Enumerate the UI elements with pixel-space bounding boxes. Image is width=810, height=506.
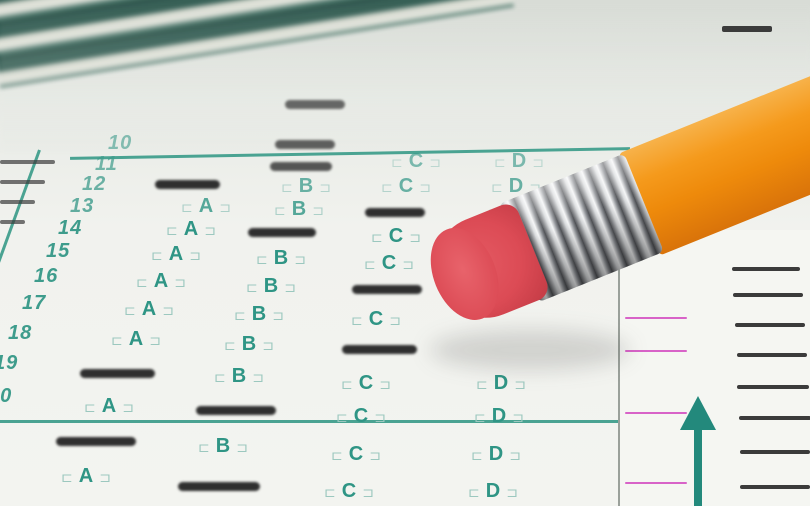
bubble-b: ⊏B⊐	[268, 198, 330, 221]
timing-mark	[737, 385, 809, 389]
bubble-a: ⊏A⊐	[175, 195, 237, 218]
timing-mark	[740, 450, 810, 454]
bubble-a: ⊏A⊐	[130, 270, 192, 293]
timing-mark	[737, 353, 807, 357]
timing-mark	[732, 267, 800, 271]
question-number: 20	[0, 385, 12, 408]
bubble-a: ⊏A⊐	[78, 395, 140, 418]
question-number: 15	[46, 240, 70, 263]
question-number: 17	[22, 292, 46, 315]
timing-mark	[0, 160, 55, 164]
bubble-d: ⊏D⊐	[488, 150, 550, 173]
timing-mark	[0, 200, 35, 204]
pink-guide-line	[625, 412, 687, 414]
bubble-c: ⊏C⊐	[385, 150, 447, 173]
pencil-mark	[342, 345, 417, 354]
bubble-b: ⊏B⊐	[208, 365, 270, 388]
pencil-mark	[248, 228, 316, 237]
bubble-d: ⊏D⊐	[468, 405, 530, 428]
bubble-c: ⊏C⊐	[330, 405, 392, 428]
pencil-mark	[155, 180, 220, 189]
timing-mark	[733, 293, 803, 297]
pencil-mark	[80, 369, 155, 378]
bubble-b: ⊏B⊐	[275, 175, 337, 198]
bubble-b: ⊏B⊐	[218, 333, 280, 356]
question-number: 14	[58, 217, 82, 240]
pencil-mark	[285, 100, 345, 109]
timing-strip	[618, 230, 810, 506]
pencil-mark	[270, 162, 332, 171]
bubble-b: ⊏B⊐	[192, 435, 254, 458]
bubble-c: ⊏C⊐	[325, 443, 387, 466]
bubble-d: ⊏D⊐	[462, 480, 524, 503]
pink-guide-line	[625, 350, 687, 352]
bubble-a: ⊏A⊐	[105, 328, 167, 351]
bubble-b: ⊏B⊐	[228, 303, 290, 326]
pencil-mark	[196, 406, 276, 415]
question-number: 13	[70, 195, 94, 218]
timing-mark	[740, 485, 810, 489]
question-number: 12	[82, 173, 106, 196]
bubble-c: ⊏C⊐	[345, 308, 407, 331]
pink-guide-line	[625, 482, 687, 484]
arrow-shaft	[694, 424, 702, 506]
pencil-mark	[275, 140, 335, 149]
photo-scene: 10 11 12 13 14 15 16 17 18 19 20 ⊏A⊐ ⊏A⊐…	[0, 0, 810, 506]
question-number: 19	[0, 352, 18, 375]
timing-mark	[0, 220, 25, 224]
timing-mark	[722, 26, 772, 32]
bubble-a: ⊏A⊐	[160, 218, 222, 241]
timing-mark	[735, 323, 805, 327]
pencil-mark	[352, 285, 422, 294]
bubble-b: ⊏B⊐	[240, 275, 302, 298]
bubble-b: ⊏B⊐	[250, 247, 312, 270]
question-number: 18	[8, 322, 32, 345]
bubble-a: ⊏A⊐	[145, 243, 207, 266]
timing-mark	[0, 180, 45, 184]
pencil-mark	[365, 208, 425, 217]
bubble-a: ⊏A⊐	[118, 298, 180, 321]
bubble-c: ⊏C⊐	[358, 252, 420, 275]
bubble-d: ⊏D⊐	[465, 443, 527, 466]
bubble-c: ⊏C⊐	[318, 480, 380, 503]
pencil-mark	[56, 437, 136, 446]
pink-guide-line	[625, 317, 687, 319]
bubble-c: ⊏C⊐	[335, 372, 397, 395]
question-number: 16	[34, 265, 58, 288]
bubble-d: ⊏D⊐	[470, 372, 532, 395]
bubble-a: ⊏A⊐	[55, 465, 117, 488]
question-number: 10	[108, 132, 132, 155]
bubble-c: ⊏C⊐	[375, 175, 437, 198]
pencil-mark	[178, 482, 260, 491]
timing-mark	[739, 416, 810, 420]
bubble-c: ⊏C⊐	[365, 225, 427, 248]
